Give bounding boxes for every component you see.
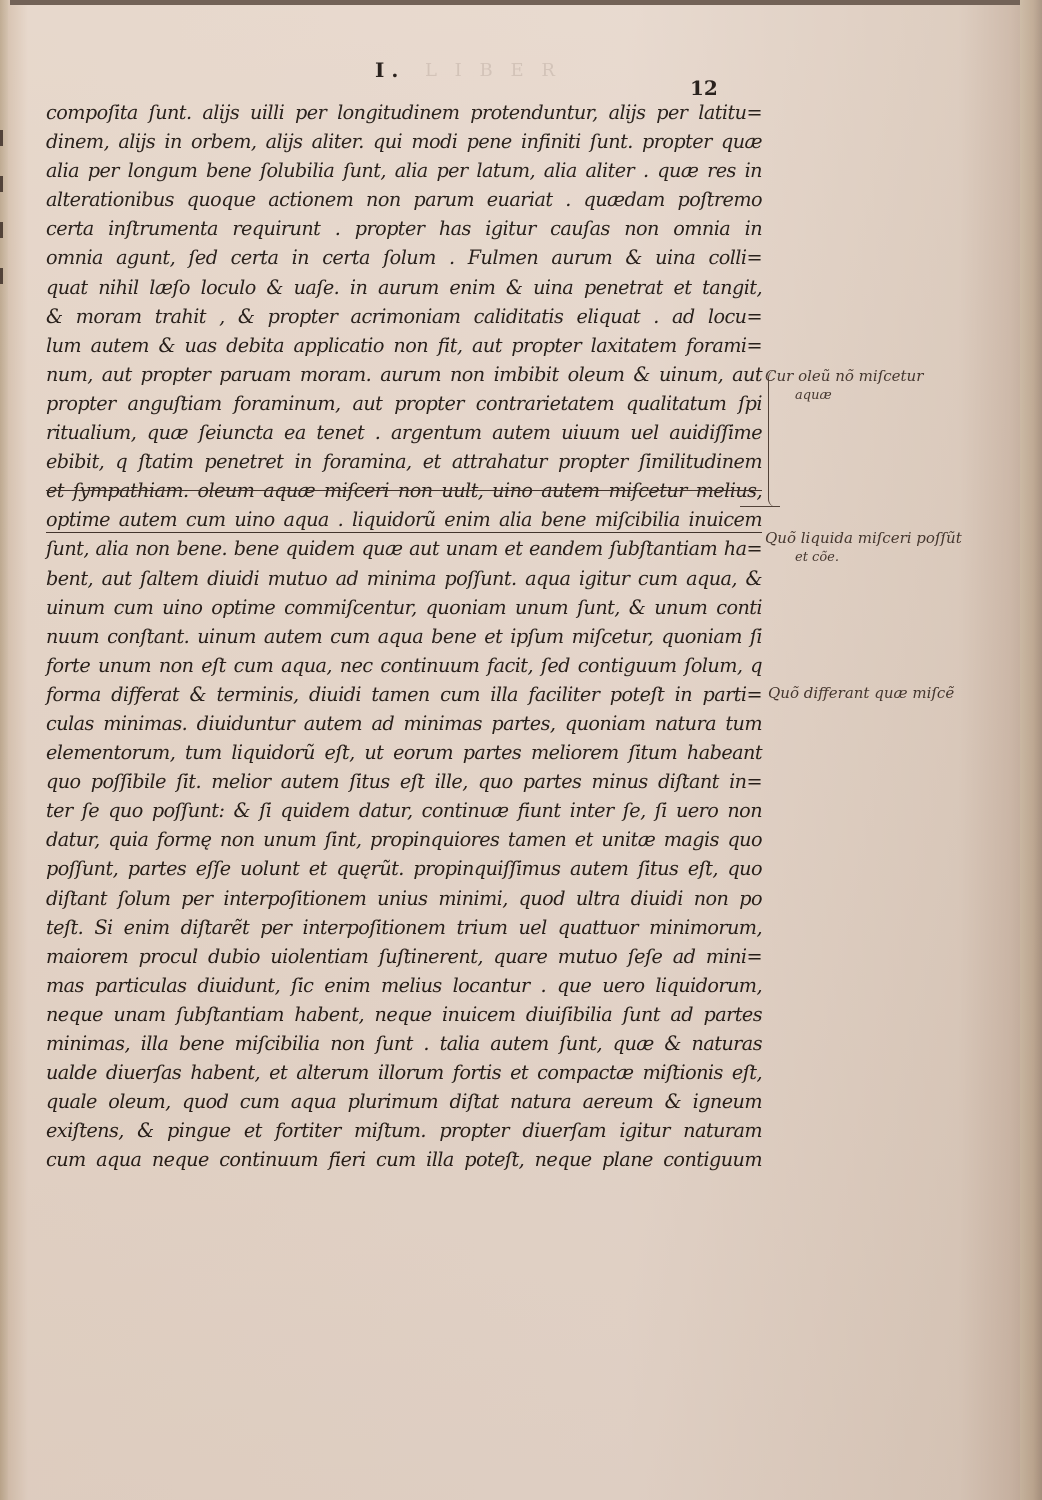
margin-bracket-rule — [740, 506, 780, 507]
text-line: culas minimas. diuiduntur autem ad minim… — [46, 709, 762, 738]
ghost-running-head: L I B E R — [425, 60, 561, 81]
text-line: cum aqua neque continuum fieri cum illa … — [46, 1145, 762, 1174]
gutter-marks — [0, 130, 4, 314]
text-line: minimas, illa bene miſcibilia non ſunt .… — [46, 1029, 762, 1058]
text-line: alia per longum bene ſolubilia ſunt, ali… — [46, 156, 762, 185]
text-line: ter ſe quo poſſunt: & ſi quidem datur, c… — [46, 796, 762, 825]
text-line: quale oleum, quod cum aqua plurimum diſt… — [46, 1087, 762, 1116]
text-line: propter anguſtiam foraminum, aut propter… — [46, 389, 762, 418]
text-line: forma differat & terminis, diuidi tamen … — [46, 680, 762, 709]
folio-number: 12 — [690, 76, 718, 100]
book-page: I . L I B E R 12 compoſita ſunt. alijs u… — [0, 0, 1042, 1500]
text-line: datur, quia formę non unum ſint, propinq… — [46, 825, 762, 854]
marginal-note: Cur oleũ nõ miſcetur aquæ — [765, 366, 923, 406]
text-line-struck: et ſympathiam. oleum aquæ miſceri non uu… — [46, 476, 762, 505]
main-text-block: compoſita ſunt. alijs uilli per longitud… — [46, 98, 762, 1174]
marginal-note-line: et cõe. — [765, 548, 962, 568]
marginal-note: Quõ differant quæ miſcẽ — [768, 683, 954, 703]
text-line: ualde diuerſas habent, et alterum illoru… — [46, 1058, 762, 1087]
text-line: bent, aut ſaltem diuidi mutuo ad minima … — [46, 564, 762, 593]
text-line: elementorum, tum liquidorũ eſt, ut eorum… — [46, 738, 762, 767]
text-line: teſt. Si enim diſtarẽt per interpoſition… — [46, 913, 762, 942]
text-line: poſſunt, partes eſſe uolunt et quęrũt. p… — [46, 854, 762, 883]
text-line: neque unam ſubſtantiam habent, neque inu… — [46, 1000, 762, 1029]
text-line: ſunt, alia non bene. bene quidem quæ aut… — [46, 534, 762, 563]
text-line: mas particulas diuidunt, ſic enim melius… — [46, 971, 762, 1000]
text-line: ebibit, q ſtatim penetret in foramina, e… — [46, 447, 762, 476]
text-line-underlined: optime autem cum uino aqua . liquidorũ e… — [46, 505, 762, 534]
text-line: omnia agunt, ſed certa in certa ſolum . … — [46, 243, 762, 272]
page-top-edge — [10, 0, 1042, 5]
text-line: diſtant ſolum per interpoſitionem unius … — [46, 884, 762, 913]
text-line: quo poſſibile ſit. melior autem ſitus eſ… — [46, 767, 762, 796]
marginal-note: Quõ liquida miſceri poſſũt et cõe. — [765, 528, 962, 568]
text-line: forte unum non eſt cum aqua, nec continu… — [46, 651, 762, 680]
marginal-note-line: aquæ — [765, 386, 923, 406]
text-line: dinem, alijs in orbem, alijs aliter. qui… — [46, 127, 762, 156]
text-line: uinum cum uino optime commiſcentur, quon… — [46, 593, 762, 622]
text-line: alterationibus quoque actionem non parum… — [46, 185, 762, 214]
text-line: & moram trahit , & propter acrimoniam ca… — [46, 302, 762, 331]
text-line: maiorem procul dubio uiolentiam ſuſtiner… — [46, 942, 762, 971]
signature-mark: I . — [375, 58, 398, 82]
page-header: I . L I B E R 12 — [0, 54, 1042, 94]
gutter-mark — [0, 222, 3, 238]
text-line: compoſita ſunt. alijs uilli per longitud… — [46, 98, 762, 127]
text-line: exiſtens, & pingue et fortiter miſtum. p… — [46, 1116, 762, 1145]
marginal-note-line: Quõ differant quæ miſcẽ — [768, 684, 954, 702]
gutter-mark — [0, 268, 3, 284]
gutter-mark — [0, 130, 3, 146]
page-fore-edge — [1020, 0, 1042, 1500]
marginal-note-line: Cur oleũ nõ miſcetur — [765, 367, 923, 385]
gutter-mark — [0, 176, 3, 192]
marginal-note-line: Quõ liquida miſceri poſſũt — [765, 529, 962, 547]
text-line: ritualium, quæ ſeiuncta ea tenet . argen… — [46, 418, 762, 447]
text-line: certa inſtrumenta requirunt . propter ha… — [46, 214, 762, 243]
text-line: lum autem & uas debita applicatio non fi… — [46, 331, 762, 360]
text-line: quat nihil læſo loculo & uaſe. in aurum … — [46, 273, 762, 302]
text-line: nuum conſtant. uinum autem cum aqua bene… — [46, 622, 762, 651]
text-line: num, aut propter paruam moram. aurum non… — [46, 360, 762, 389]
